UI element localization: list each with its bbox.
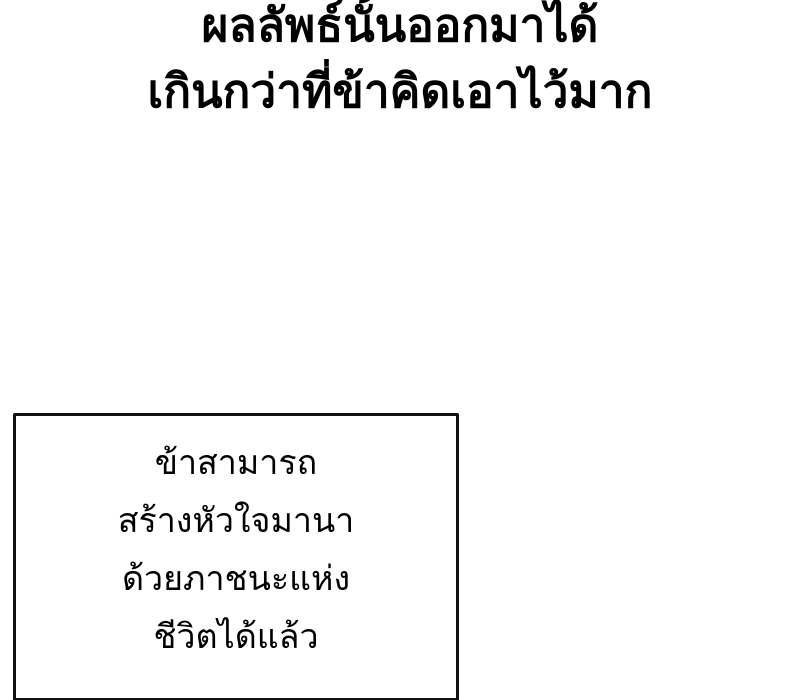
caption-line: ผลลัพธ์นั้นออกมาได้ [0,0,800,58]
speech-line: สร้างหัวใจมานา [118,492,355,550]
speech-box: ข้าสามารถ สร้างหัวใจมานา ด้วยภาชนะแห่ง ช… [13,413,459,700]
caption-line: เกินกว่าที่ข้าคิดเอาไว้มาก [0,58,800,124]
speech-line: ด้วยภาชนะแห่ง [118,550,355,608]
speech-line: ข้าสามารถ [118,434,355,492]
speech-line: ชีวิตได้แล้ว [118,608,355,666]
narration-caption: ผลลัพธ์นั้นออกมาได้ เกินกว่าที่ข้าคิดเอา… [0,0,800,124]
speech-box-text: ข้าสามารถ สร้างหัวใจมานา ด้วยภาชนะแห่ง ช… [118,434,355,666]
